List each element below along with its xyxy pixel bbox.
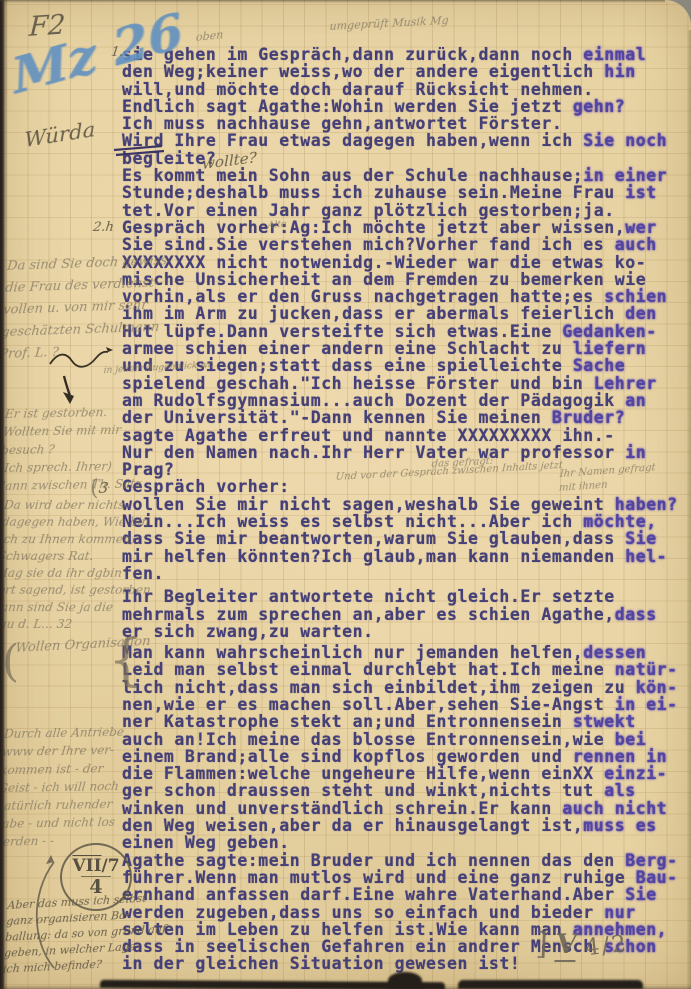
- margin-paren: (: [90, 476, 99, 501]
- header-note: umgeprüft Musik Mg: [329, 14, 449, 33]
- margin-note-b: Er ist gestorben. Wollten Sie mit mir be…: [0, 402, 150, 494]
- interlinear-note: das gefragt:: [431, 456, 493, 470]
- margin-note-c: Da wird aber nichts dagegen haben, Wie b…: [0, 497, 162, 633]
- folio-roman-numeral: V: [554, 930, 578, 962]
- margin-number-3: 3: [98, 479, 110, 497]
- next-page-shadow: [458, 980, 643, 989]
- interlinear-note: in jedem Augenblick wo: [103, 360, 214, 376]
- blue-crayon-siglum: Mz 26: [8, 1, 187, 105]
- folio-bracket: ]: [535, 930, 548, 961]
- next-page-shadow: [388, 972, 422, 989]
- squiggle-down-arrow-mark: [48, 346, 118, 408]
- curved-arrow-mark: [28, 850, 88, 970]
- interlinear-note: Alte: [267, 220, 286, 231]
- interlinear-note: Und vor der Gespräch zwischen Inhalts je…: [335, 460, 563, 483]
- stamp-bottom-label: 4: [89, 878, 102, 897]
- interlinear-note: oben: [196, 28, 224, 44]
- margin-number-1: 1.: [110, 45, 124, 60]
- correction-note: wollte?: [202, 148, 257, 172]
- manuscript-page-scan: sie gehen im Gespräch,dann zurück,dann n…: [0, 0, 691, 989]
- margin-note-e: Durch alle Antriebe www der Ihre ver- ko…: [0, 723, 126, 851]
- folio-number: 4/2: [583, 928, 629, 964]
- margin-note-right: Ihr Namen gefragt mit ihnen: [559, 461, 656, 496]
- margin-paren: (: [2, 636, 19, 687]
- folio-mark: ] V 4/2: [536, 930, 628, 962]
- margin-number-2: 2.h: [92, 220, 115, 235]
- folio-siglum-pencil: F2: [28, 9, 66, 42]
- handwritten-annotation-layer: F2Mz 26Würdaobenumgeprüft Musik Mg1.2.h3…: [0, 0, 691, 989]
- double-dash-mark: [114, 144, 166, 158]
- margin-brace: {: [108, 628, 144, 693]
- name-note: Würda: [24, 117, 96, 152]
